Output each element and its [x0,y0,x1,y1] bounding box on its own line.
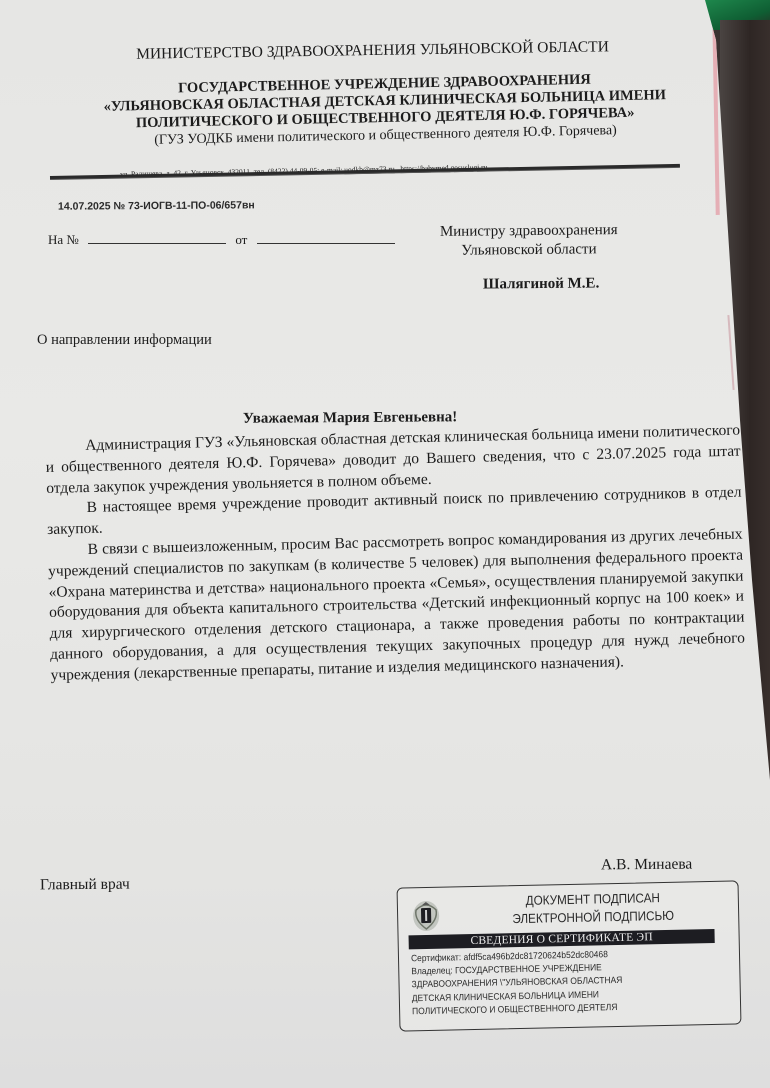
ref-number-blank [88,233,226,244]
stamp-heading-line-2: ЭЛЕКТРОННОЙ ПОДПИСЬЮ [472,906,715,929]
organization-heading: ГОСУДАРСТВЕННОЕ УЧРЕЖДЕНИЕ ЗДРАВООХРАНЕН… [0,68,770,152]
addressee-line-2: Ульяновской области [440,240,618,261]
document-page: МИНИСТЕРСТВО ЗДРАВООХРАНЕНИЯ УЛЬЯНОВСКОЙ… [0,0,770,1088]
addressee-line-1: Министру здравоохранения [440,221,618,242]
greeting: Уважаемая Мария Евгеньевна! [243,409,457,427]
certificate-details: Сертификат: afdf5ca496b2dc81720624b52dc8… [411,948,623,1018]
ref-from-label: от [235,232,247,247]
stamp-heading: ДОКУМЕНТ ПОДПИСАН ЭЛЕКТРОННОЙ ПОДПИСЬЮ [471,888,715,929]
subject-line: О направлении информации [37,332,212,349]
ref-date-blank [257,233,395,244]
coat-of-arms-icon [412,898,441,933]
body-paragraph: В связи с вышеизложенным, просим Вас рас… [47,525,745,687]
signer-name: А.В. Минаева [601,856,692,875]
registration-number: 14.07.2025 № 73-ИОГВ-11-ПО-06/657вн [58,199,255,212]
certificate-info-bar: СВЕДЕНИЯ О СЕРТИФИКАТЕ ЭП [409,929,715,949]
addressee-name: Шалягиной М.Е. [483,275,599,293]
signer-title: Главный врач [40,876,130,895]
reference-line: На № от [48,232,401,248]
addressee-block: Министру здравоохранения Ульяновской обл… [440,221,618,261]
pink-marker-line [727,315,734,390]
letter-body: Администрация ГУЗ «Ульяновская областная… [45,421,746,687]
electronic-signature-stamp: ДОКУМЕНТ ПОДПИСАН ЭЛЕКТРОННОЙ ПОДПИСЬЮ С… [397,880,742,1031]
ministry-heading: МИНИСТЕРСТВО ЗДРАВООХРАНЕНИЯ УЛЬЯНОВСКОЙ… [0,36,745,66]
ref-number-label: На № [48,232,79,247]
